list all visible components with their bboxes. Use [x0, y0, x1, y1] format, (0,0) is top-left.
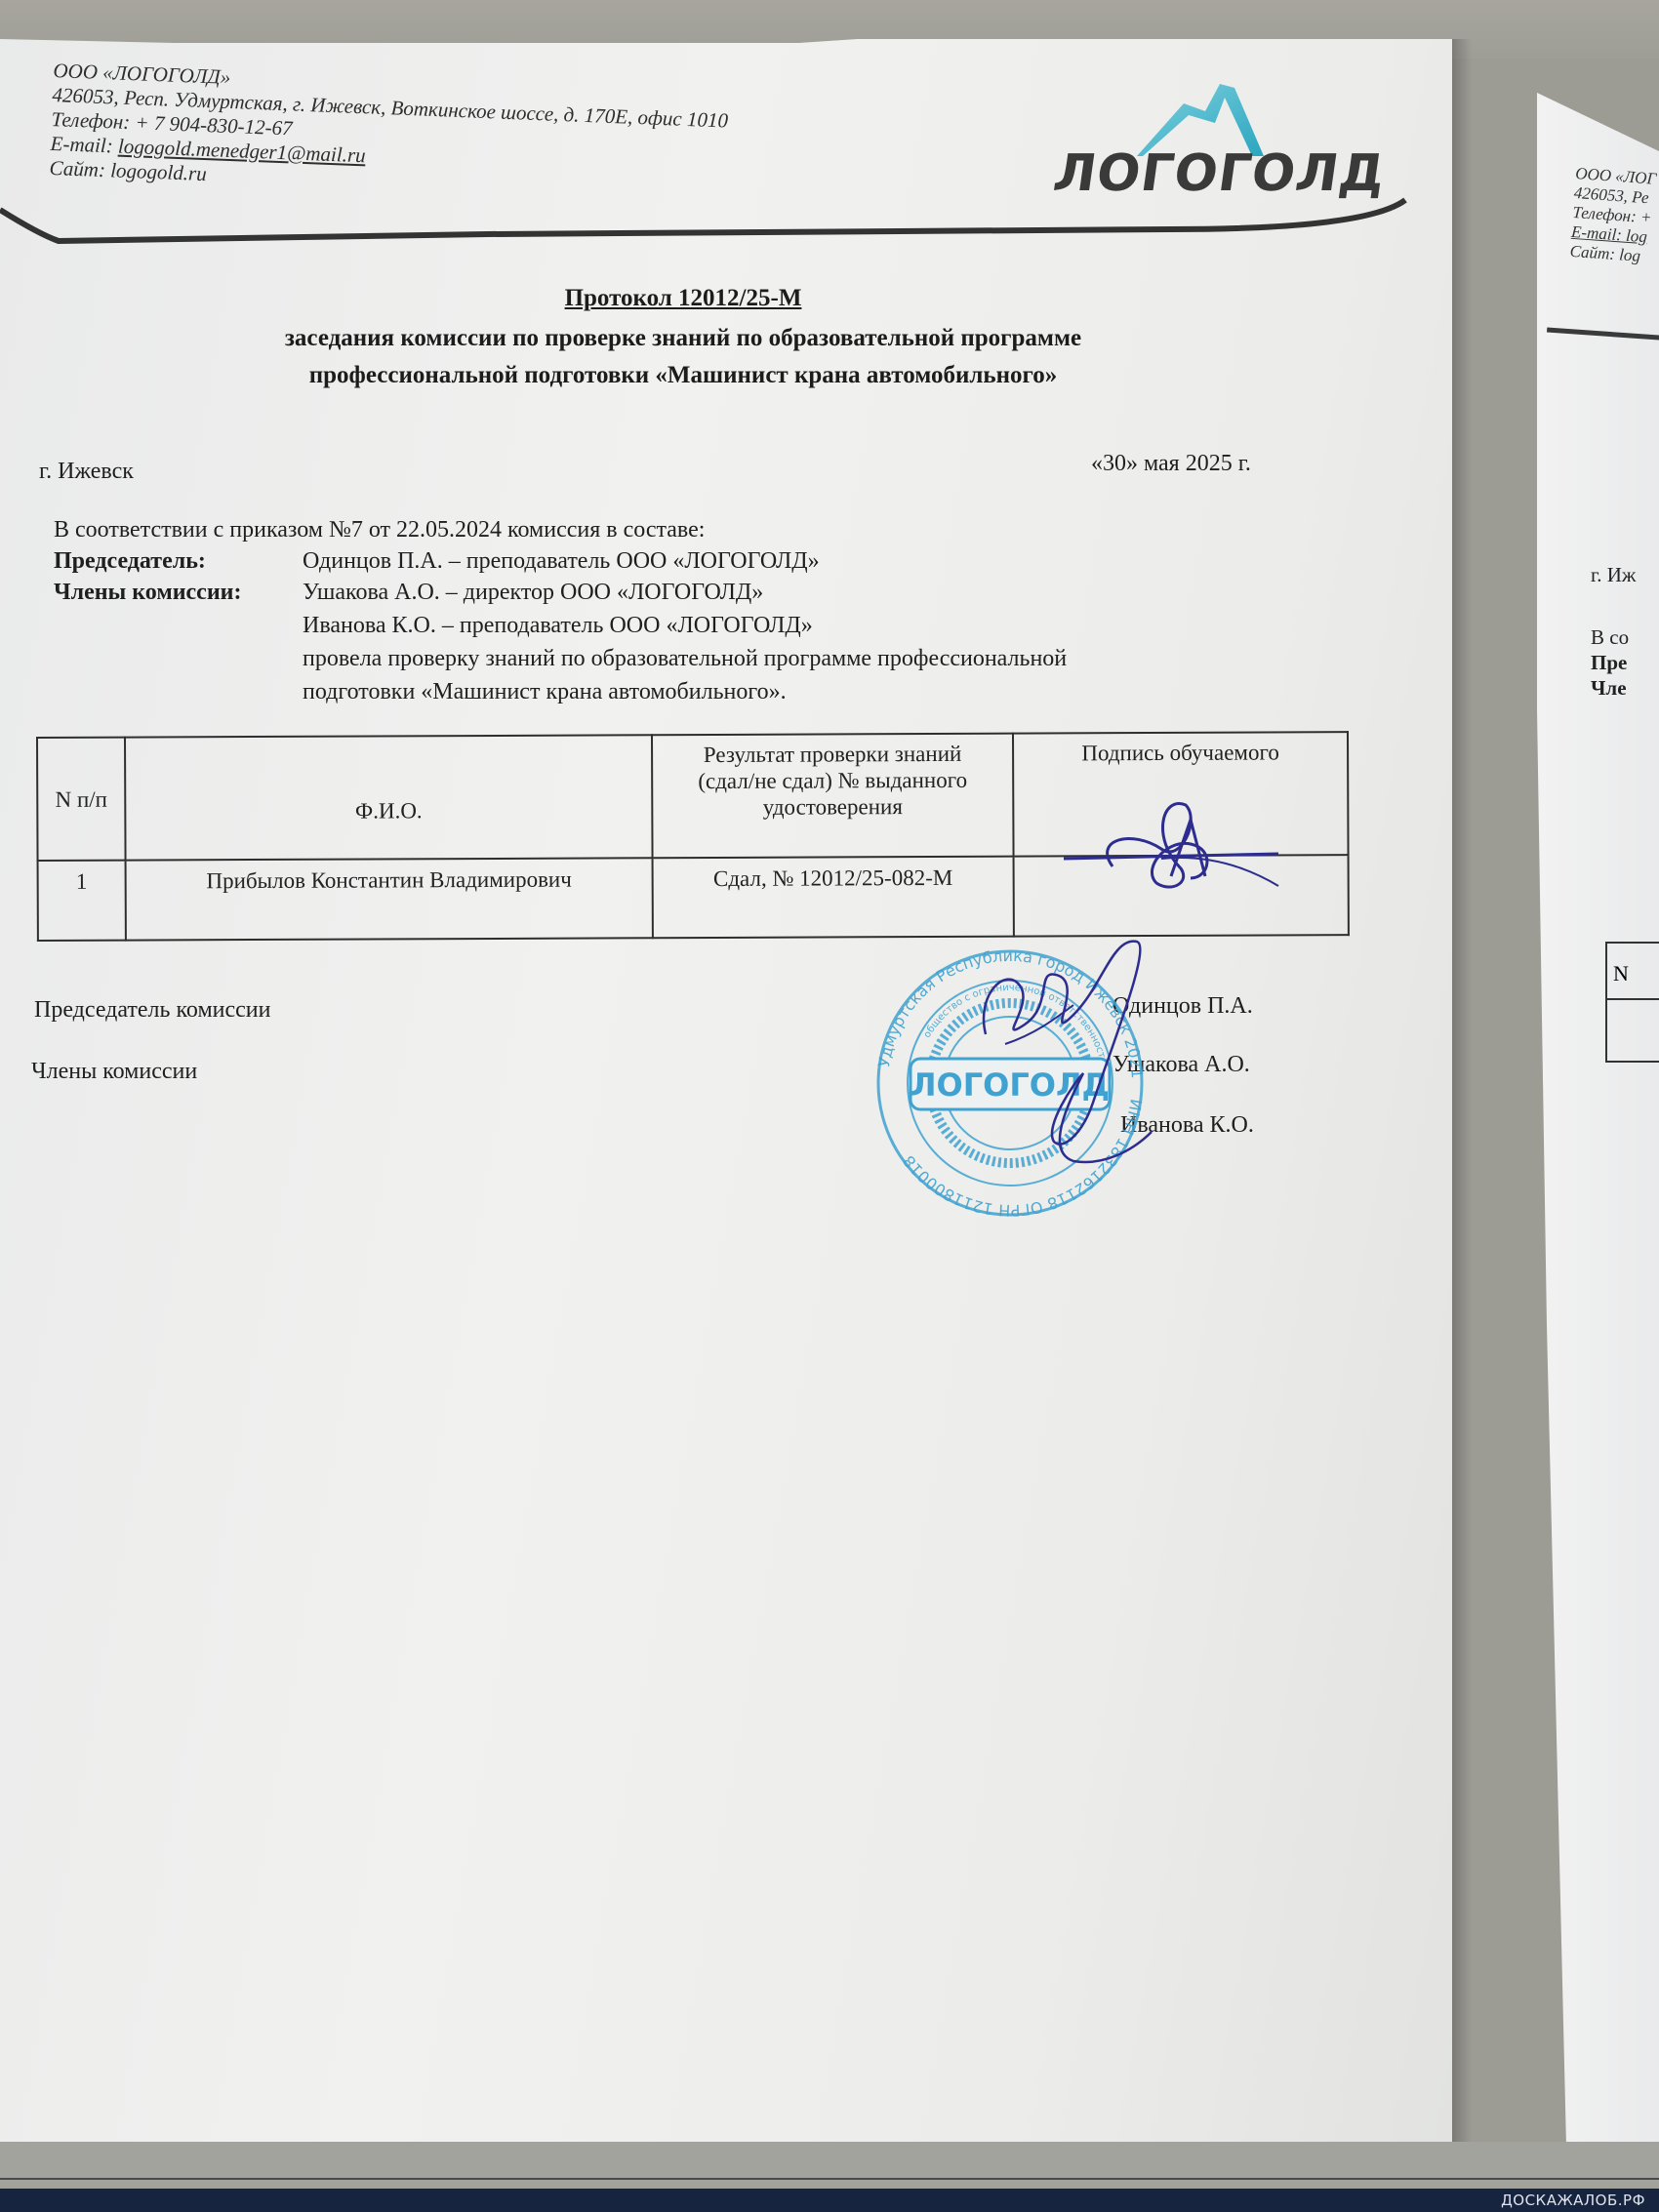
- member-1-value: Ушакова А.О. – директор ООО «ЛОГОГОЛД»: [303, 580, 763, 606]
- second-sheet-letterhead: ООО «ЛОГ 426053, Ре Телефон: + E-mail: l…: [1569, 164, 1657, 267]
- phone-label: Телефон:: [51, 107, 131, 134]
- sheet-shadow: [1452, 39, 1472, 2147]
- chair-value: Одинцов П.А. – преподаватель ООО «ЛОГОГО…: [303, 548, 820, 575]
- site-value: logogold.ru: [110, 158, 207, 185]
- site-label: Сайт:: [49, 156, 105, 181]
- cell-fio: Прибылов Константин Владимирович: [126, 858, 653, 940]
- document-title: Протокол 12012/25-М: [0, 285, 1366, 312]
- member-2-value: Иванова К.О. – преподаватель ООО «ЛОГОГО…: [303, 613, 813, 639]
- second-sheet-rule: [1547, 327, 1659, 341]
- second-sheet-members: Чле: [1591, 676, 1627, 701]
- header-result-line: (сдал/не сдал) № выданного: [657, 767, 1008, 795]
- conclusion-line-2: подготовки «Машинист крана автомобильног…: [303, 679, 787, 705]
- members-label: Члены комиссии:: [54, 580, 241, 606]
- second-sheet-chair: Пре: [1591, 651, 1627, 675]
- document-sheet: [0, 39, 1452, 2147]
- header-fio: Ф.И.О.: [125, 735, 653, 860]
- commission-intro: В соответствии с приказом №7 от 22.05.20…: [54, 517, 705, 543]
- conclusion-line-1: провела проверку знаний по образовательн…: [303, 646, 1067, 672]
- bottom-bar: ДОСКАЖАЛОБ.РФ: [0, 2189, 1659, 2212]
- second-sheet-table: N: [1605, 942, 1659, 1063]
- chair-label: Председатель:: [54, 548, 206, 575]
- header-result-line: Результат проверки знаний: [657, 741, 1008, 769]
- desk-edge: [0, 2142, 1659, 2191]
- document-date: «30» мая 2025 г.: [1091, 451, 1251, 477]
- members-sign-label: Члены комиссии: [31, 1059, 197, 1085]
- desk-edge-line: [0, 2178, 1659, 2180]
- watermark: ДОСКАЖАЛОБ.РФ: [1501, 2192, 1645, 2209]
- email-label: E-mail:: [50, 132, 113, 157]
- second-sheet-table-head: N: [1607, 944, 1659, 1000]
- document-subtitle-2: профессиональной подготовки «Машинист кр…: [0, 362, 1366, 389]
- trainee-signature: [1054, 800, 1288, 898]
- chair-sign-label: Председатель комиссии: [34, 997, 270, 1024]
- letterhead: ООО «ЛОГОГОЛД» 426053, Респ. Удмуртская,…: [49, 59, 729, 207]
- document-subtitle-1: заседания комиссии по проверке знаний по…: [0, 325, 1366, 352]
- header-result: Результат проверки знаний (сдал/не сдал)…: [652, 734, 1014, 859]
- company-logo: ЛОГОГОЛД: [1049, 68, 1361, 195]
- cell-result: Сдал, № 12012/25-082-М: [653, 857, 1014, 939]
- second-sheet-city: г. Иж: [1591, 563, 1636, 587]
- cell-num: 1: [38, 861, 126, 941]
- header-num: N п/п: [37, 738, 126, 861]
- second-document-sheet: ООО «ЛОГ 426053, Ре Телефон: + E-mail: l…: [1537, 93, 1659, 2147]
- header-result-line: удостоверения: [657, 793, 1008, 822]
- chair-signature: [966, 927, 1161, 1181]
- mountain-icon: [1049, 68, 1361, 156]
- header-divider: [0, 190, 1415, 249]
- document-city: г. Ижевск: [39, 459, 134, 485]
- second-sheet-intro: В со: [1591, 625, 1629, 650]
